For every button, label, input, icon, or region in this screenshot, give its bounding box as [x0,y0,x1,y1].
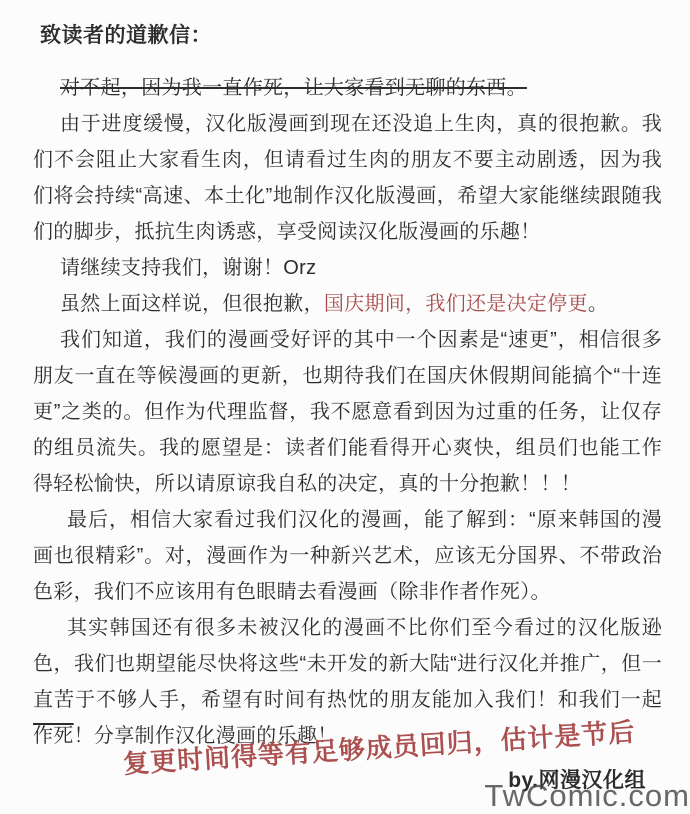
recruitment-overlined-text: 作死 [33,725,74,747]
paragraph-hiatus-announcement: 虽然上面这样说，但很抱歉，国庆期间，我们还是决定停更。 [33,286,662,322]
announcement-lead-text: 虽然上面这样说，但很抱歉， [60,293,324,315]
struck-opening-line: 对不起，因为我一直作死，让大家看到无聊的东西。 [33,70,662,106]
letter-title: 致读者的道歉信： [40,18,662,54]
paragraph-finally: 最后，相信大家看过我们汉化的漫画，能了解到：“原来韩国的漫画也很精彩”。对，漫画… [33,502,662,610]
paragraph-progress-apology: 由于进度缓慢，汉化版漫画到现在还没追上生肉，真的很抱歉。我们不会阻止大家看生肉，… [33,106,662,250]
apology-letter-page: 致读者的道歉信： 对不起，因为我一直作死，让大家看到无聊的东西。 由于进度缓慢，… [0,0,690,814]
site-watermark: TwComic.com [484,778,690,814]
paragraph-reason: 我们知道，我们的漫画受好评的其中一个因素是“速更”，相信很多朋友一直在等候漫画的… [33,322,662,502]
announcement-period: 。 [588,293,608,315]
announcement-red-text: 国庆期间，我们还是决定停更 [324,293,588,315]
paragraph-support-thanks: 请继续支持我们，谢谢！Orz [33,250,662,286]
struck-opening-text: 对不起，因为我一直作死，让大家看到无聊的东西。 [60,77,527,99]
recruitment-lead-text: 其实韩国还有很多未被汉化的漫画不比你们至今看过的汉化版逊色，我们也期望能尽快将这… [33,617,662,711]
